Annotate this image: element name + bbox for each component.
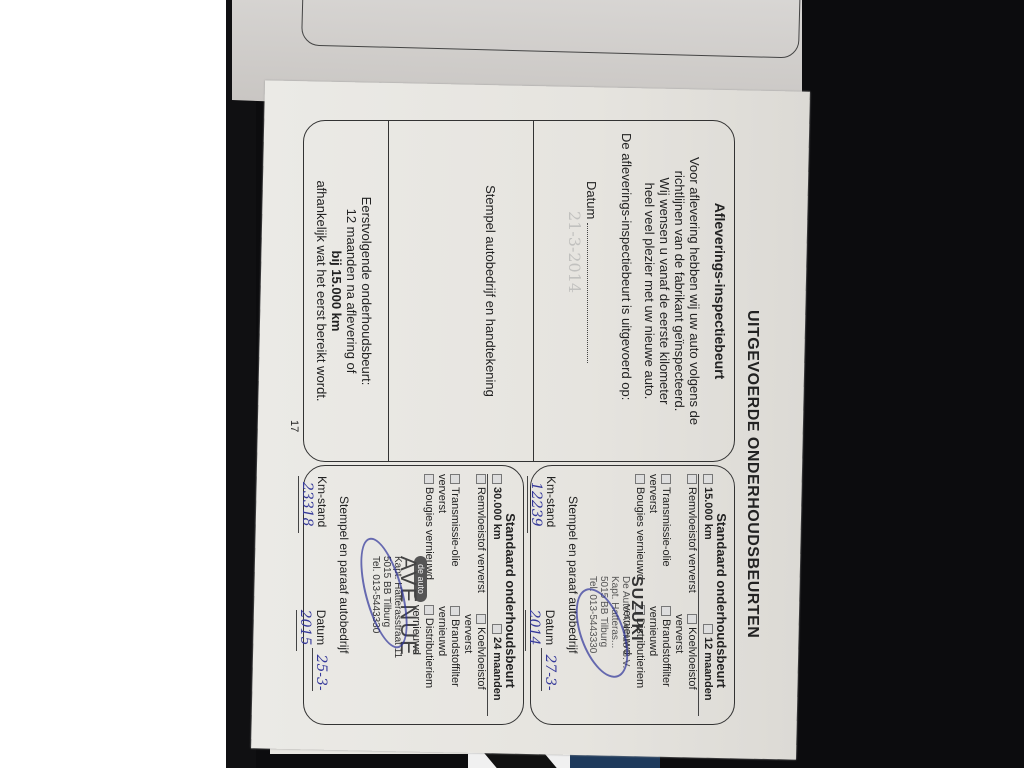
check-label: Transmissie-olie ververst <box>436 474 461 567</box>
faint-handwriting: 21-3-2014 <box>565 211 584 293</box>
check-label: Remvloeistof ververst <box>475 487 487 593</box>
service-title: Standaard onderhoudsbeurt <box>714 466 729 688</box>
date-label: Datum <box>584 181 599 219</box>
background-white <box>0 0 226 768</box>
checkbox[interactable] <box>687 614 697 624</box>
intro-line: heel veel plezier met uw nieuwe auto. <box>642 131 657 451</box>
checkbox[interactable] <box>703 624 713 634</box>
divider <box>533 121 534 461</box>
intro-line: Voor aflevering hebben wij uw auto volge… <box>687 131 702 451</box>
next-service-line: afhankelijk wat het eerst bereikt wordt. <box>314 121 329 461</box>
divider <box>698 474 699 716</box>
km-label: Km-stand <box>544 476 558 527</box>
page-content: UITGEVOERDE ONDERHOUDSBEURTEN Aflevering… <box>285 120 805 768</box>
service-box-15000: Standaard onderhoudsbeurt 15.000 km12 ma… <box>530 465 735 725</box>
checkbox[interactable] <box>424 474 434 484</box>
checkbox[interactable] <box>476 474 486 484</box>
page-title: UITGEVOERDE ONDERHOUDSBEURTEN <box>743 310 761 638</box>
divider <box>388 121 389 461</box>
service-title: Standaard onderhoudsbeurt <box>503 466 518 688</box>
checkbox[interactable] <box>703 474 713 484</box>
next-service-line: Eerstvolgende onderhoudsbeurt: <box>359 121 374 461</box>
service-box-30000: Standaard onderhoudsbeurt 30.000 km24 ma… <box>303 465 524 725</box>
intro-line: richtlijnen van de fabrikant geïnspectee… <box>672 131 687 451</box>
date-label: Datum <box>543 610 557 645</box>
next-service-km: bij 15.000 km <box>329 121 344 461</box>
check-label: Brandstoffilter vernieuwd <box>436 606 461 687</box>
delivery-inspection-box: Afleverings-inspectiebeurt Voor afleveri… <box>303 120 735 462</box>
check-label: Brandstoffilter vernieuwd <box>647 606 672 687</box>
service-km: 30.000 km <box>491 487 503 540</box>
date-line <box>587 223 588 363</box>
km-label: Km-stand <box>315 476 329 527</box>
background-dark <box>226 0 256 768</box>
stamp-brand: SUZUKI <box>631 576 642 668</box>
checkbox[interactable] <box>661 606 671 616</box>
next-service-text: Eerstvolgende onderhoudsbeurt: 12 maande… <box>314 121 374 461</box>
service-months: 24 maanden <box>491 637 503 701</box>
divider <box>487 474 488 716</box>
check-label: Transmissie-olie ververst <box>647 474 672 567</box>
check-label: Koelvloeistof ververst <box>462 614 487 689</box>
check-label: Bougies vernieuwd <box>634 487 646 580</box>
checkbox[interactable] <box>492 624 502 634</box>
date-label: Datum <box>314 610 328 645</box>
checkbox[interactable] <box>635 474 645 484</box>
date-field[interactable]: Datum <box>584 181 599 461</box>
checkbox[interactable] <box>687 474 697 484</box>
check-label: Koelvloeistof ververst <box>673 614 698 689</box>
checkbox[interactable] <box>661 474 671 484</box>
delivery-intro: Voor aflevering hebben wij uw auto volge… <box>642 131 702 451</box>
check-label: Remvloeistof ververst <box>686 487 698 593</box>
delivery-inspection-title: Afleverings-inspectiebeurt <box>712 121 728 461</box>
checkbox[interactable] <box>492 474 502 484</box>
checkbox[interactable] <box>450 606 460 616</box>
stamp-paraaf-label: Stempel en paraaf autobedrijf <box>337 496 351 724</box>
page-number: 17 <box>288 420 300 432</box>
performed-on-label: De afleverings-inspectiebeurt is uitgevo… <box>619 133 634 449</box>
checkbox[interactable] <box>476 614 486 624</box>
stamp-label: Stempel autobedrijf en handtekening <box>483 121 498 461</box>
next-service-line: 12 maanden na aflevering of <box>344 121 359 461</box>
km-value[interactable]: 23318 <box>298 476 315 533</box>
service-months: 12 maanden <box>702 637 714 701</box>
km-value[interactable]: 12239 <box>527 476 544 533</box>
intro-line: Wij wensen u vanaf de eerste kilometer <box>657 131 672 451</box>
service-km: 15.000 km <box>702 487 714 540</box>
checkbox[interactable] <box>450 474 460 484</box>
